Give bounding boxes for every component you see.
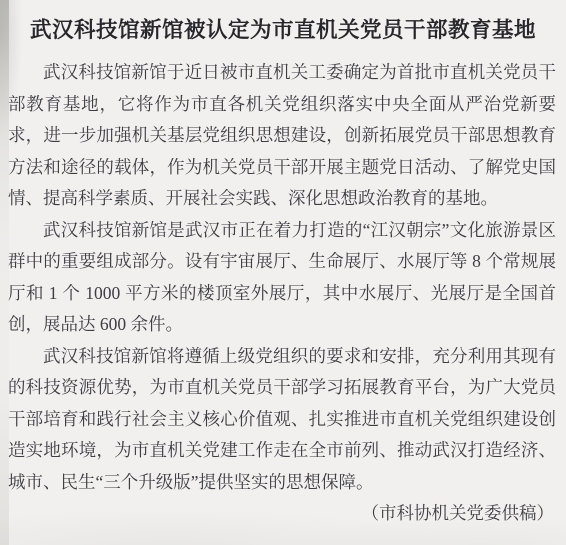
article-byline: （市科协机关党委供稿） [0,498,566,530]
article-title: 武汉科技馆新馆被认定为市直机关党员干部教育基地 [0,0,566,44]
article-body: 武汉科技馆新馆于近日被市直机关工委确定为首批市直机关党员干部教育基地，它将作为市… [0,44,566,498]
article-paragraph: 武汉科技馆新馆将遵循上级党组织的要求和安排，充分利用其现有的科技资源优势，为市直… [8,341,556,499]
scanned-document-page: 武汉科技馆新馆被认定为市直机关党员干部教育基地 武汉科技馆新馆于近日被市直机关工… [0,0,566,545]
article-paragraph: 武汉科技馆新馆是武汉市正在着力打造的“江汉朝宗”文化旅游景区群中的重要组成部分。… [8,215,556,341]
article-paragraph: 武汉科技馆新馆于近日被市直机关工委确定为首批市直机关党员干部教育基地，它将作为市… [8,57,556,215]
